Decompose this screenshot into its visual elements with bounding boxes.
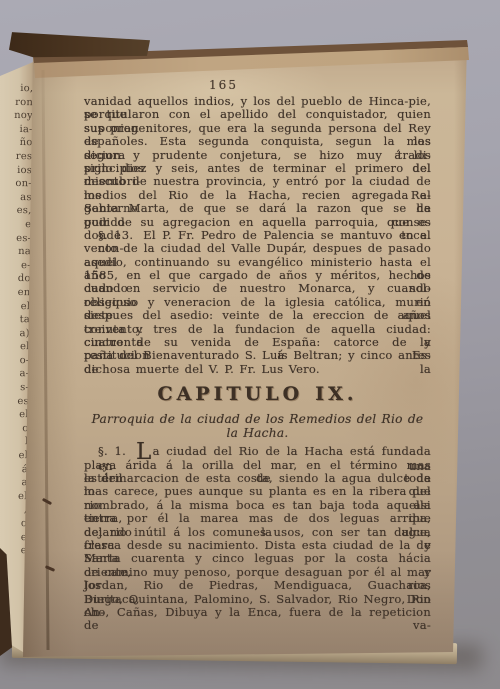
text-fragment: á — [0, 462, 28, 476]
text-line: playa árida á la orilla del mar, en el t… — [84, 459, 431, 472]
text-fragment: e — [0, 530, 27, 544]
text-fragment: el — [0, 490, 28, 504]
photo-background: io,ronnoyia-ñoresioson-ases,ees-nae-doen… — [0, 0, 500, 689]
text-line: despues del asedio: veinte de la ereccio… — [84, 309, 431, 322]
text-fragment: ron — [3, 95, 33, 109]
text-line: se titularon con el apellido del conquis… — [84, 108, 431, 121]
text-line: miento de nuestra provincia, y entró por… — [84, 175, 431, 188]
text-fragment: as — [2, 191, 32, 205]
text-line: §. 1.La ciudad del Rio de la Hacha está … — [84, 445, 431, 458]
text-fragment: a- — [0, 367, 29, 381]
text-fragment: el — [0, 340, 30, 354]
text-fragment: ño — [2, 136, 32, 150]
text-fragment: es — [0, 394, 29, 408]
section-marker: §. 13. — [98, 228, 133, 242]
text-fragment: el — [0, 449, 28, 463]
page-content: 165 vanidad aquellos indios, y los del p… — [84, 79, 431, 619]
text-fragment: res — [2, 150, 32, 164]
text-line: la demarcacion de esta costa, siendo la … — [84, 472, 431, 485]
text-line: treinta y tres de la fundacion de aquell… — [84, 323, 431, 336]
text-line: mas carece, pues aunque su planta es en … — [84, 485, 431, 498]
text-line: vanidad aquellos indios, y los del puebl… — [84, 95, 431, 108]
text-fragment: ta — [0, 313, 30, 327]
text-line: cuatro de su venida de España: catorce d… — [84, 336, 431, 349]
text-line: medios del Rio de la Hacha, recien agreg… — [84, 189, 431, 202]
text-fragment: na — [1, 245, 31, 259]
section-marker: §. 1. — [98, 444, 126, 458]
paragraph-continuation: vanidad aquellos indios, y los del puebl… — [84, 95, 431, 229]
text-line: Santa Marta, de que se dará la razon que… — [84, 202, 431, 215]
text-fragment: es- — [1, 231, 31, 245]
text-line: Marta cuarenta y cinco leguas por la cos… — [84, 552, 431, 565]
text-fragment: s- — [0, 381, 29, 395]
text-fragment: e — [1, 218, 31, 232]
text-fragment: a) — [0, 326, 30, 340]
text-line: de camino muy penoso, porque desaguan po… — [84, 566, 431, 579]
book-cover-corner — [0, 26, 150, 60]
section-1-paragraph: §. 1.La ciudad del Rio de la Hacha está … — [84, 445, 431, 619]
text-line: españoles. Esta segunda conquista, segun… — [84, 135, 431, 148]
text-fragment: ia- — [3, 123, 33, 137]
text-line: Jordan, Rio de Piedras, Mendiguaca, Guac… — [84, 579, 431, 592]
text-fragment: el — [0, 408, 29, 422]
text-line: vento de la ciudad del Valle Dupár, desp… — [84, 242, 431, 255]
text-line: 1585, en el que cargado de años y mérito… — [84, 269, 431, 282]
text-fragment: , — [0, 503, 27, 517]
text-fragment: io, — [3, 82, 33, 96]
text-fragment: o — [0, 422, 29, 436]
chapter-heading: CAPITULO IX. — [84, 383, 431, 405]
text-line: §. 13.El P. Fr. Pedro de Palencia se man… — [84, 229, 431, 242]
text-line: dado en servicio de nuestro Monarca, y c… — [84, 282, 431, 295]
text-fragment: do — [0, 272, 30, 286]
text-line: cho, Cañas, Dibuya y la Enca, fuera de l… — [84, 606, 431, 619]
text-fragment: ios — [2, 163, 32, 177]
text-fragment: noy — [3, 109, 33, 123]
text-line: dicion y prudente conjetura, se hizo muy… — [84, 149, 431, 162]
text-line: Diego, Quintana, Palomino, S. Salvador, … — [84, 593, 431, 606]
text-line: siglo diez y seis, antes de terminar el … — [84, 162, 431, 175]
text-fragment: a — [0, 476, 28, 490]
text-line: obsequio y veneracion de la iglesia cató… — [84, 296, 431, 309]
text-line: nombrado, á la misma boca es tan baja to… — [84, 499, 431, 512]
page-number: 165 — [50, 79, 397, 92]
text-line: fresca desde su nacimiento. Dista esta c… — [84, 539, 431, 552]
text-fragment: e- — [1, 259, 31, 273]
text-fragment: en — [0, 286, 30, 300]
chapter-subtitle: Parroquia de la ciudad de los Remedios d… — [84, 412, 431, 440]
text-line: asedio, continuando su evangélico minist… — [84, 256, 431, 269]
text-fragment: el — [0, 299, 30, 313]
text-fragment: es, — [1, 204, 31, 218]
text-fragment: o- — [0, 354, 30, 368]
text-fragment: on- — [2, 177, 32, 191]
text-line: paña del Bienaventurado S. Luis Beltran;… — [84, 349, 431, 362]
text-line: entra por él la marea mas de dos leguas … — [84, 512, 431, 525]
section-13-paragraph: §. 13.El P. Fr. Pedro de Palencia se man… — [84, 229, 431, 376]
text-fragment: o — [0, 517, 27, 531]
text-line: sus progenitores, que era la segunda per… — [84, 122, 431, 135]
text-line: del rio inútil á los comunes usos, con s… — [84, 526, 431, 539]
text-fragment: l — [0, 435, 28, 449]
text-line: guir de su agregacion en aquella parroqu… — [84, 216, 431, 229]
